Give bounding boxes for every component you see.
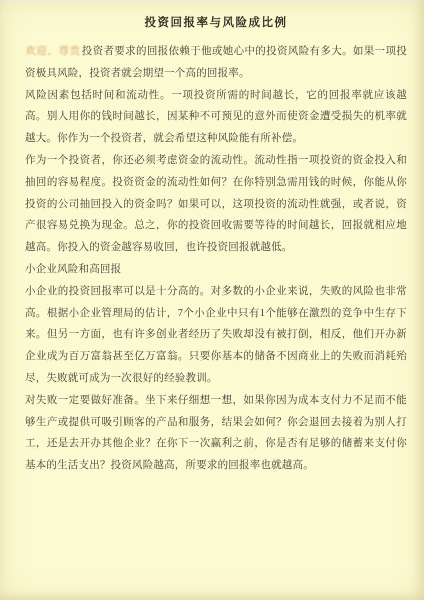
- paragraph-5: 对失败一定要做好准备。坐下来仔细想一想，如果你因为成本支付力不足而不能够生产或提…: [25, 390, 407, 477]
- section-heading: 小企业风险和高回报: [25, 259, 407, 281]
- paragraph-4: 小企业的投资回报率可以是十分高的。对多数的小企业来说，失败的风险也非常高。根据小…: [25, 281, 407, 390]
- page-title: 投资回报率与风险成比例: [25, 14, 407, 32]
- paragraph-3: 作为一个投资者，你还必须考虑资金的流动性。流动性指一项投资的资金投入和抽回的容易…: [25, 150, 407, 259]
- document-page: 投资回报率与风险成比例 欢迎、尊贵投资者要求的回报依赖于他或她心中的投资风险有多…: [0, 0, 424, 477]
- document-background: { "document": { "title": "投资回报率与风险成比例", …: [0, 0, 424, 600]
- watermark-text: 欢迎、尊贵: [25, 46, 82, 57]
- paragraph-2: 风险因素包括时间和流动性。一项投资所需的时间越长，它的回报率就应该越高。别人用你…: [25, 85, 407, 150]
- paragraph-1: 欢迎、尊贵投资者要求的回报依赖于他或她心中的投资风险有多大。如果一项投资极具风险…: [25, 41, 407, 85]
- paragraph-1-text: 投资者要求的回报依赖于他或她心中的投资风险有多大。如果一项投资极具风险，投资者就…: [25, 46, 407, 79]
